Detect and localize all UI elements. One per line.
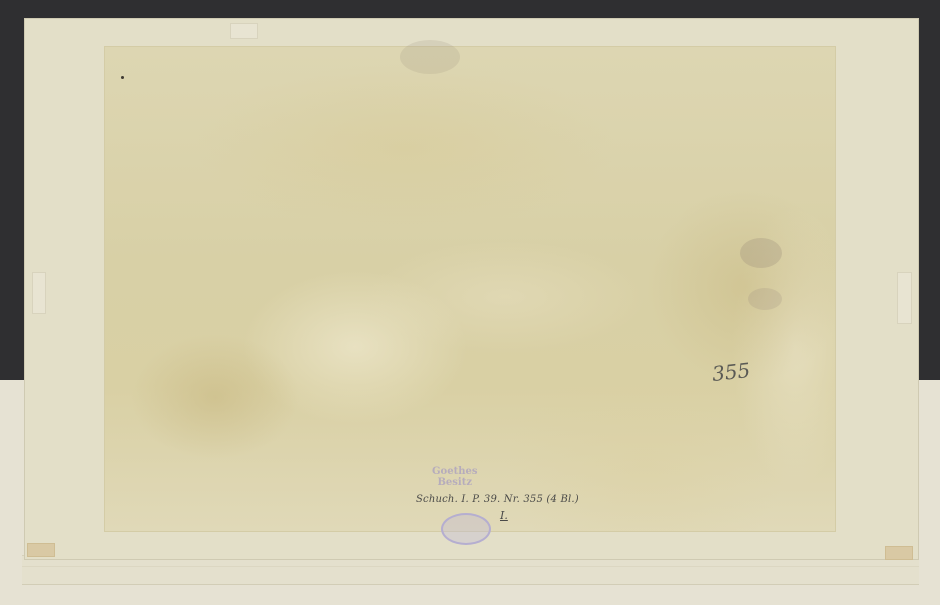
oval-stamp [441,513,491,545]
left-tape-strip [27,543,55,557]
pencil-number: 355 [711,358,751,386]
stain [740,238,782,268]
stamp-line-1: Goethes [432,466,477,477]
stain [400,40,460,74]
plate-impression [104,46,836,532]
top-hinge-left [230,23,258,39]
left-hinge [32,272,46,314]
right-tape-strip [885,546,913,560]
stamp-line-2: Besitz [432,477,477,488]
stain [748,288,782,310]
right-hinge [897,272,912,324]
ink-speck [121,76,124,79]
collection-stamp: Goethes Besitz [432,466,477,488]
mount-board-edge [22,566,919,579]
catalog-inscription: Schuch. I. P. 39. Nr. 355 (4 Bl.) [416,494,579,505]
roman-numeral-mark: I. [500,509,508,522]
